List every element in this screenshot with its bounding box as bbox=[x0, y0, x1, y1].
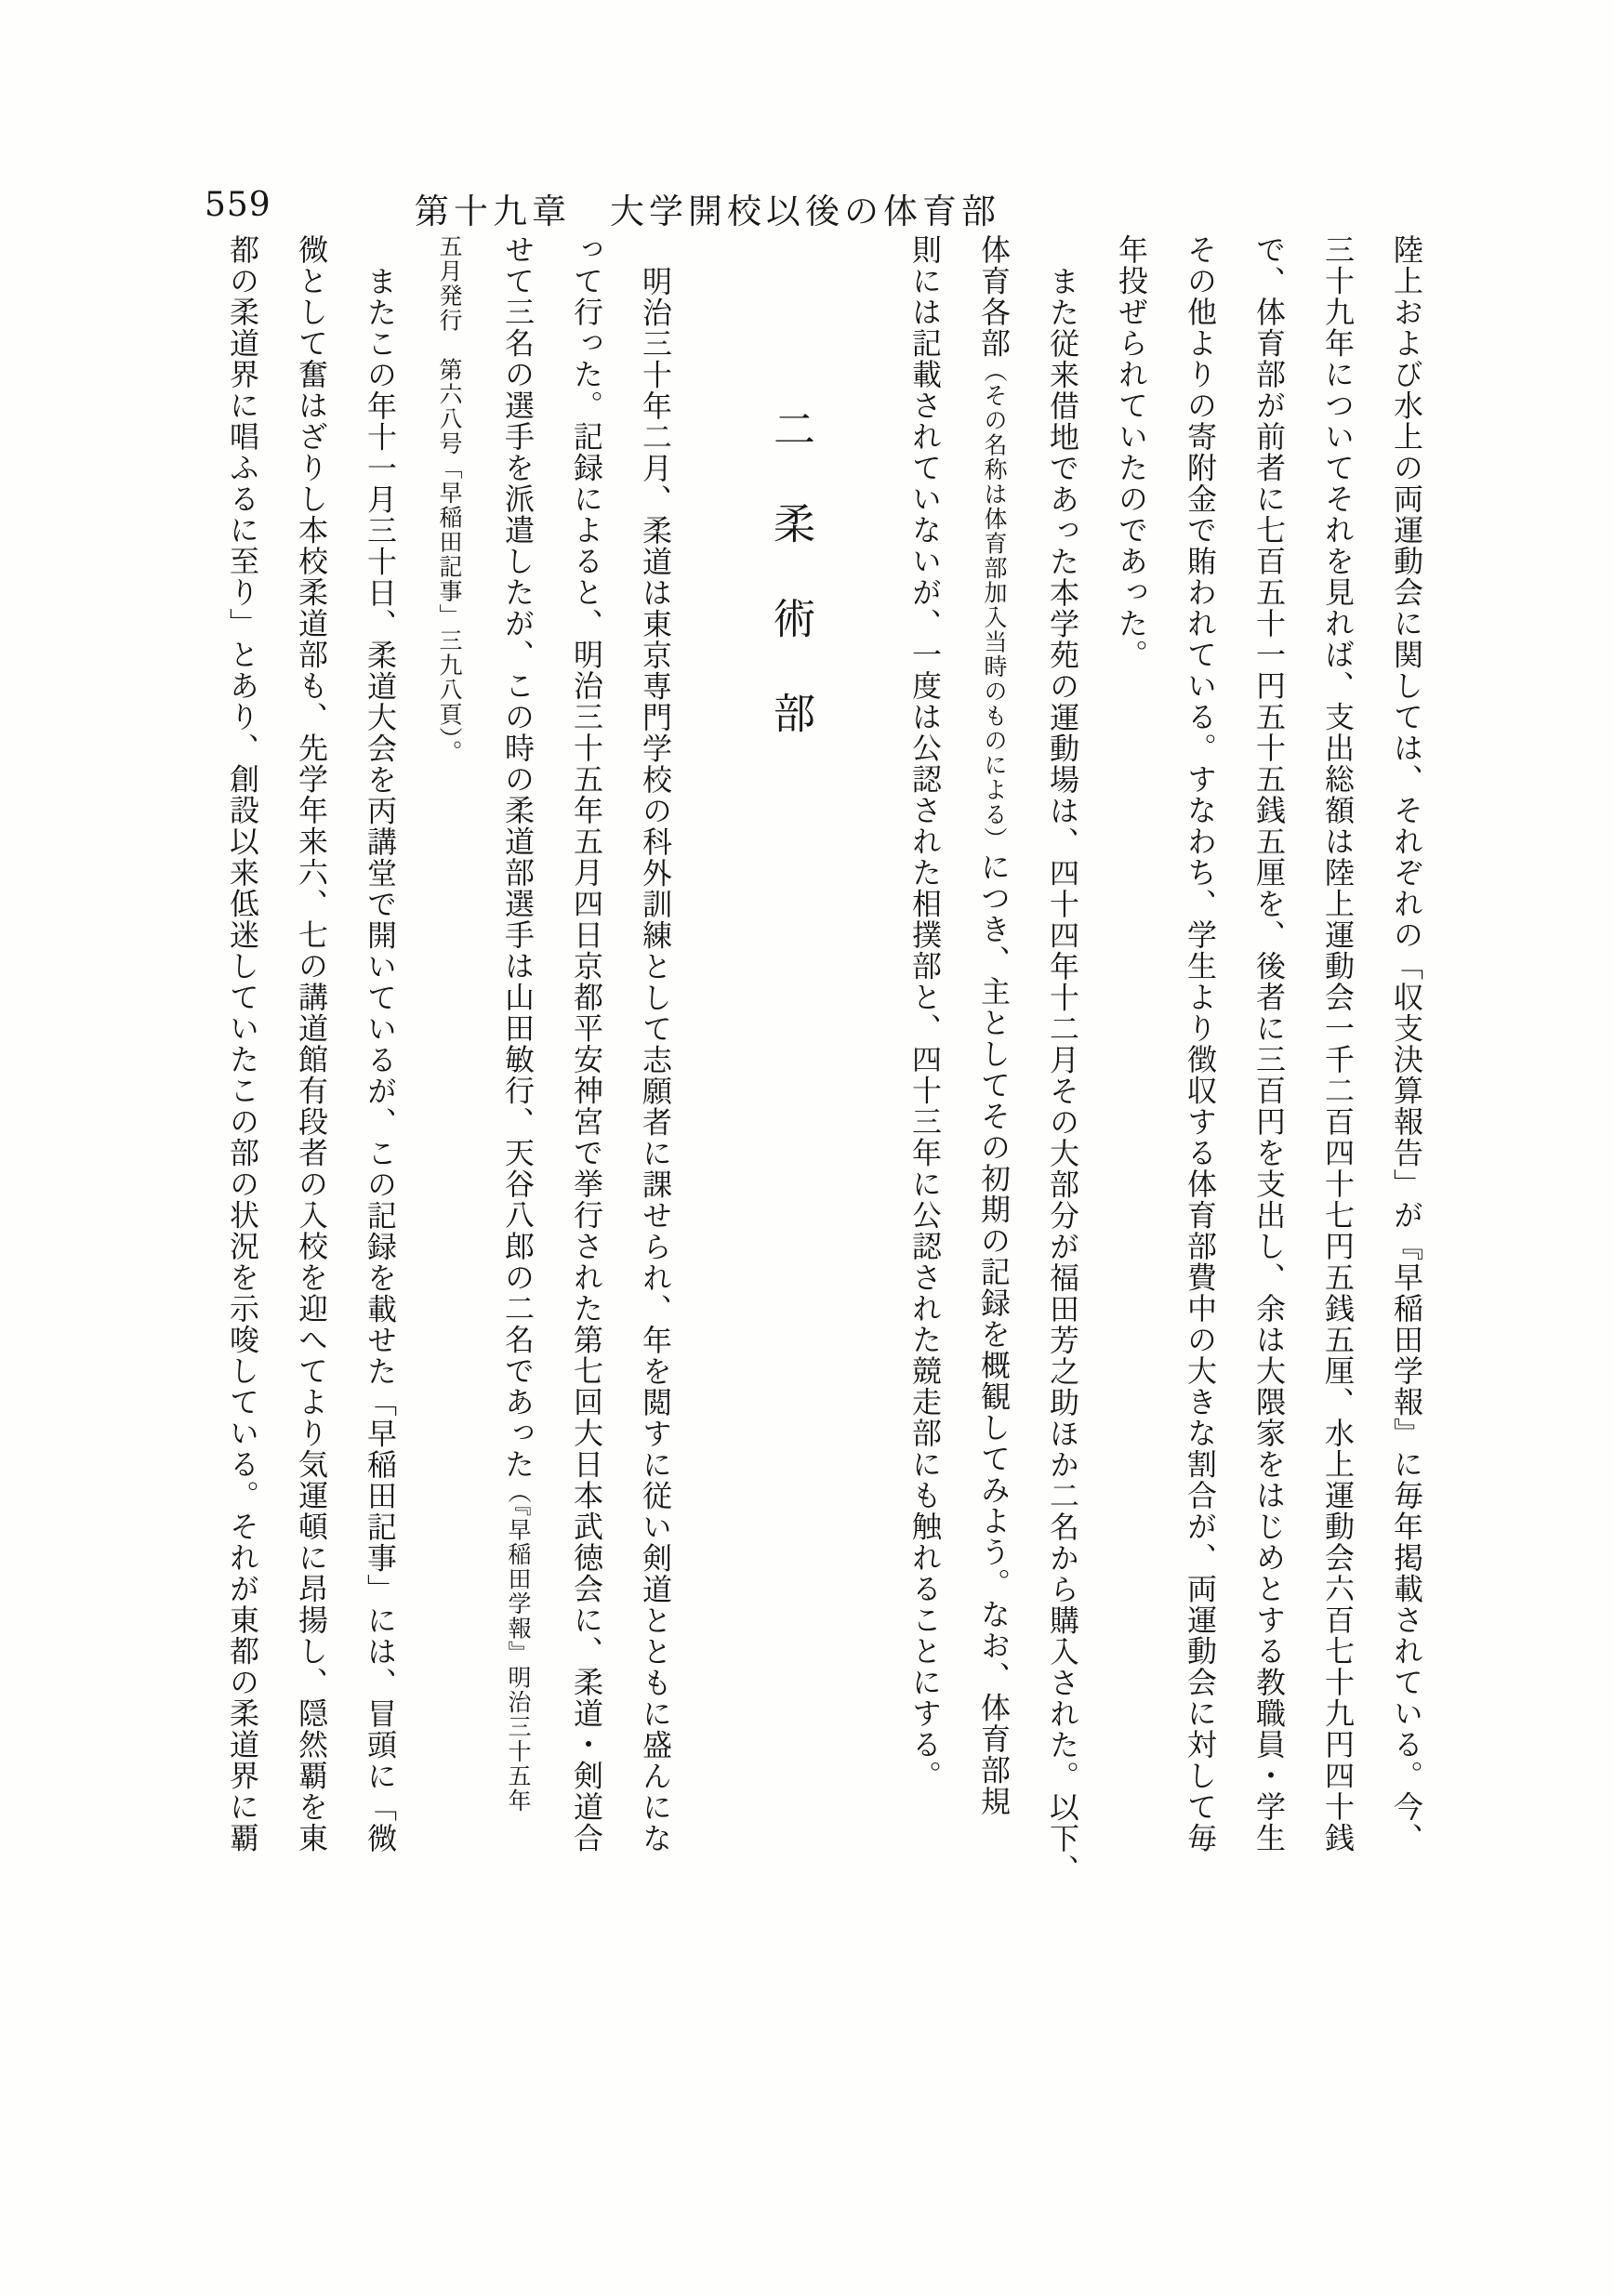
text-column: 都の柔道界に唱ふるに至り」とあり、創設以来低迷していたこの部の状況を示唆している… bbox=[208, 234, 277, 1907]
text-column: 微として奮はざりし本校柔道部も、先学年来六、七の講道館有段者の入校を迎へてより気… bbox=[277, 234, 346, 1907]
text-run: 体育各部 bbox=[976, 234, 1012, 359]
text-run: 三十九年についてそれを見れば、支出総額は陸上運動会一千二百四十七円五銭五厘、水上… bbox=[1320, 234, 1356, 1854]
text-column: 年投ぜられていたのであった。 bbox=[1097, 234, 1166, 1907]
text-run: につき、主としてその初期の記録を概観してみよう。なお、体育部規 bbox=[976, 851, 1012, 1817]
text-run: 都の柔道界に唱ふるに至り」とあり、創設以来低迷していたこの部の状況を示唆している… bbox=[225, 234, 260, 1854]
text-column: 則には記載されていないが、一度は公認された相撲部と、四十三年に公認された競走部に… bbox=[891, 234, 959, 1907]
text-run: って行った。記録によると、明治三十五年五月四日京都平安神宮で挙行された第七回大日… bbox=[569, 234, 604, 1854]
text-run: で、体育部が前者に七百五十一円五十五銭五厘を、後者に三百円を支出し、余は大隈家を… bbox=[1251, 234, 1287, 1854]
chapter-header: 第十九章 大学開校以後の体育部 bbox=[415, 183, 1000, 233]
text-column: 陸上および水上の両運動会に関しては、それぞれの「収支決算報告」が『早稲田学報』に… bbox=[1372, 234, 1441, 1907]
text-run: またこの年十一月三十日、柔道大会を丙講堂で開いているが、この記録を載せた「早稲田… bbox=[363, 266, 398, 1854]
book-page: 559 第十九章 大学開校以後の体育部 陸上および水上の両運動会に関しては、それ… bbox=[0, 0, 1614, 2296]
text-column: またこの年十一月三十日、柔道大会を丙講堂で開いているが、この記録を載せた「早稲田… bbox=[346, 234, 415, 1907]
text-column: また従来借地であった本学苑の運動場は、四十四年十二月その大部分が福田芳之助ほか二… bbox=[1028, 234, 1097, 1907]
text-column: 三十九年についてそれを見れば、支出総額は陸上運動会一千二百四十七円五銭五厘、水上… bbox=[1303, 234, 1372, 1907]
text-run: また従来借地であった本学苑の運動場は、四十四年十二月その大部分が福田芳之助ほか二… bbox=[1045, 266, 1080, 1885]
text-run: 明治三十年二月、柔道は東京専門学校の科外訓練として志願者に課せられ、年を閲すに従… bbox=[638, 266, 673, 1854]
citation-note: （その名称は体育部加入当時のものによる） bbox=[981, 359, 1008, 851]
text-column: 五月発行 第六八号「早稲田記事」三九八頁）。 bbox=[415, 234, 483, 1907]
text-run: 則には記載されていないが、一度は公認された相撲部と、四十三年に公認された競走部に… bbox=[907, 234, 943, 1791]
citation-note: （『早稲田学報』明治三十五年 bbox=[505, 1480, 532, 1814]
text-run: その他よりの寄附金で賄われている。すなわち、学生より徴収する体育部費中の大きな割… bbox=[1183, 234, 1218, 1854]
text-column: 体育各部（その名称は体育部加入当時のものによる）につき、主としてその初期の記録を… bbox=[959, 234, 1028, 1907]
text-column: で、体育部が前者に七百五十一円五十五銭五厘を、後者に三百円を支出し、余は大隈家を… bbox=[1235, 234, 1303, 1907]
text-run: 陸上および水上の両運動会に関しては、それぞれの「収支決算報告」が『早稲田学報』に… bbox=[1389, 234, 1424, 1854]
text-column: 明治三十年二月、柔道は東京専門学校の科外訓練として志願者に課せられ、年を閲すに従… bbox=[621, 234, 690, 1907]
text-run: せて三名の選手を派遣したが、この時の柔道部選手は山田敏行、天谷八郎の二名であった bbox=[500, 234, 536, 1480]
citation-note: 五月発行 第六八号「早稲田記事」三九八頁）。 bbox=[436, 234, 463, 765]
text-run: 年投ぜられていたのであった。 bbox=[1114, 234, 1149, 670]
text-area: 陸上および水上の両運動会に関しては、それぞれの「収支決算報告」が『早稲田学報』に… bbox=[201, 234, 1441, 1907]
text-run: 微として奮はざりし本校柔道部も、先学年来六、七の講道館有段者の入校を迎へてより気… bbox=[294, 234, 329, 1854]
section-heading: 二 柔 術 部 bbox=[755, 234, 826, 1907]
page-number: 559 bbox=[205, 186, 271, 224]
text-column: せて三名の選手を派遣したが、この時の柔道部選手は山田敏行、天谷八郎の二名であった… bbox=[483, 234, 552, 1907]
text-column: って行った。記録によると、明治三十五年五月四日京都平安神宮で挙行された第七回大日… bbox=[552, 234, 621, 1907]
text-column: その他よりの寄附金で賄われている。すなわち、学生より徴収する体育部費中の大きな割… bbox=[1166, 234, 1235, 1907]
